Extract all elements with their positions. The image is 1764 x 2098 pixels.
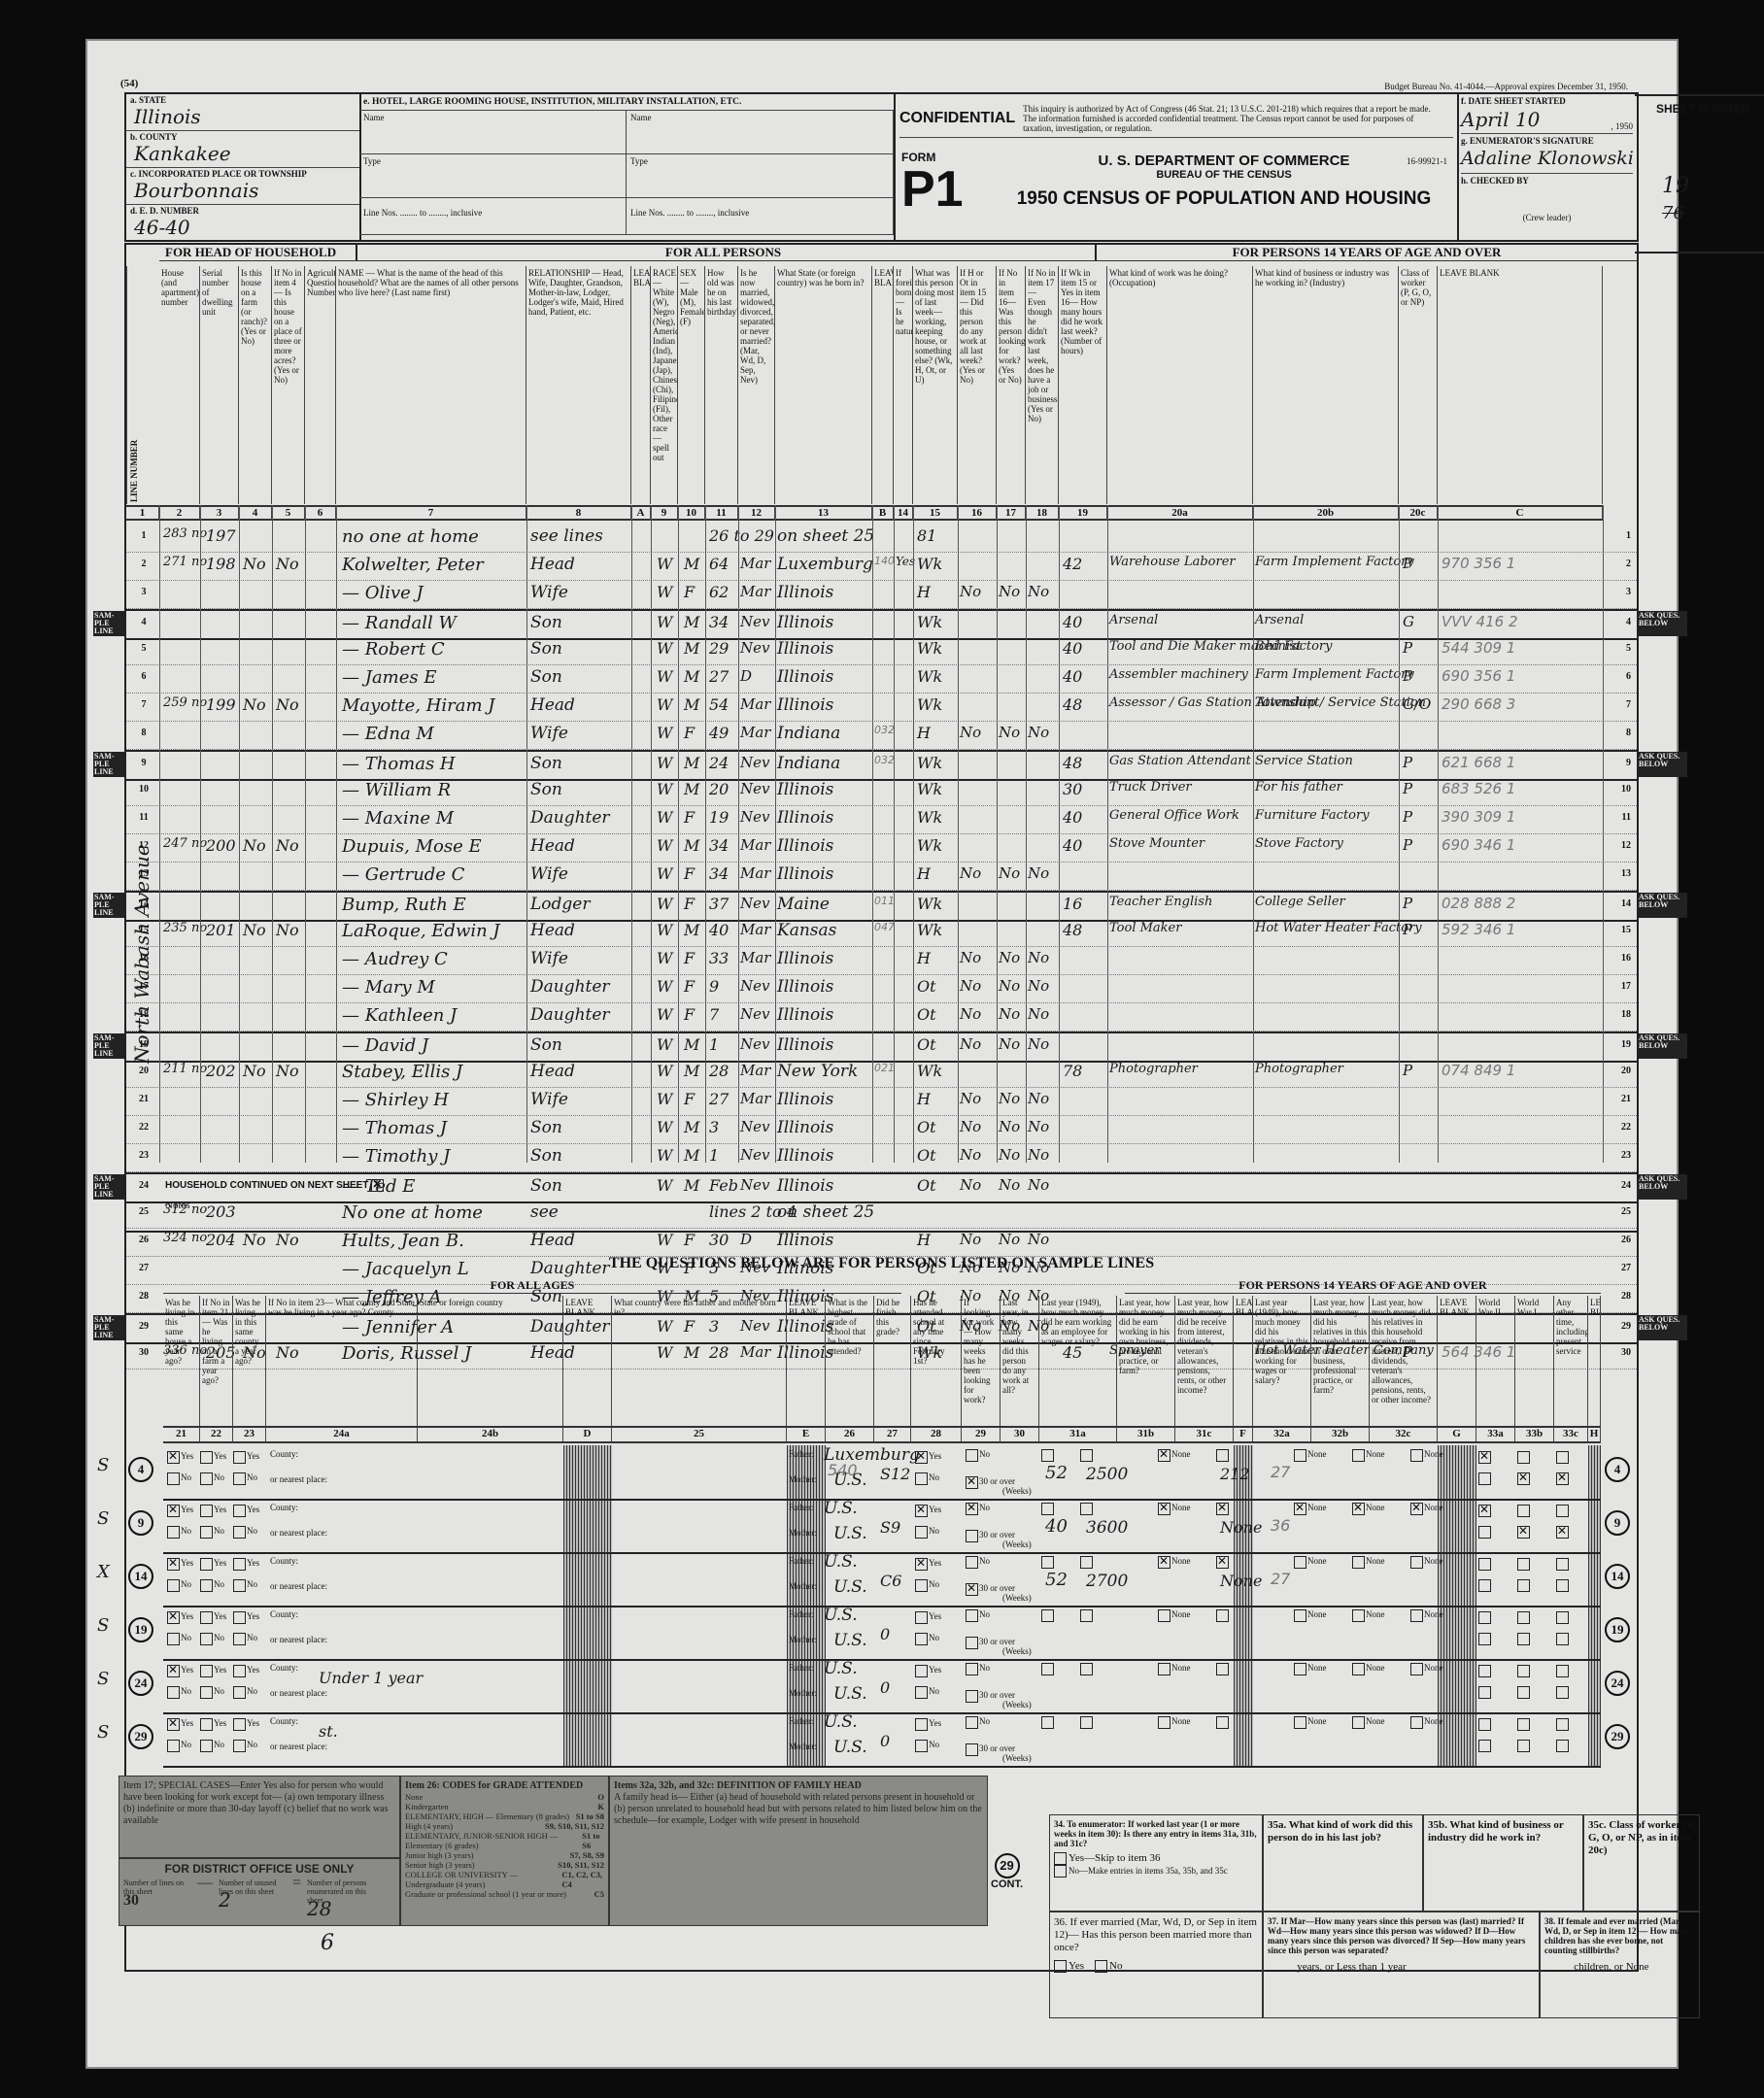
q27-yes-checkbox[interactable] <box>915 1505 928 1517</box>
race: W <box>657 977 672 996</box>
q21-no-checkbox[interactable] <box>167 1686 180 1699</box>
q28-30-checkbox[interactable] <box>966 1476 978 1489</box>
grade-code-label: High (4 years) <box>405 1821 453 1831</box>
looking-for-work: No <box>999 1035 1020 1053</box>
ww2-no-checkbox[interactable] <box>1478 1472 1491 1485</box>
q28-30-checkbox[interactable] <box>966 1530 978 1542</box>
q21-no-checkbox[interactable] <box>167 1472 180 1485</box>
lower-column-number-H: H <box>1588 1426 1601 1443</box>
grid-line <box>651 505 652 1163</box>
q32-none-checkbox[interactable] <box>1410 1716 1423 1729</box>
q31b-none-checkbox[interactable] <box>1158 1609 1170 1622</box>
question-35c: 35c. Class of worker (P, G, O, or NP, as… <box>1583 1814 1700 1912</box>
line-number-right: 14 <box>1621 898 1631 909</box>
relationship: Son <box>530 1118 562 1137</box>
q28-no-checkbox[interactable] <box>966 1503 978 1515</box>
person-name: no one at home <box>342 526 479 547</box>
sample-line-circle: 24 <box>128 1671 153 1696</box>
ww2-no-checkbox[interactable] <box>1478 1579 1491 1592</box>
q30-none-checkbox[interactable] <box>1041 1609 1054 1622</box>
other_svc-no-checkbox[interactable] <box>1556 1579 1569 1592</box>
q36-no-checkbox[interactable] <box>1095 1960 1107 1973</box>
margin-mark: S <box>97 1508 109 1529</box>
q22-no-checkbox[interactable] <box>200 1686 213 1699</box>
sample-line-circle: 9 <box>128 1510 153 1536</box>
q30-none-checkbox[interactable] <box>1041 1716 1054 1729</box>
q27-no-checkbox[interactable] <box>915 1579 928 1592</box>
no-label: No <box>181 1686 191 1696</box>
q30-none-checkbox[interactable] <box>1041 1663 1054 1675</box>
q22-no-checkbox[interactable] <box>200 1740 213 1752</box>
q23-yes-checkbox[interactable] <box>233 1718 246 1731</box>
person-name: Dupuis, Mose E <box>342 836 482 857</box>
other_svc-yes-checkbox[interactable] <box>1556 1718 1569 1731</box>
q27-no-checkbox[interactable] <box>915 1686 928 1699</box>
ww1-no-checkbox[interactable] <box>1517 1526 1530 1539</box>
q31a-none-checkbox[interactable] <box>1080 1716 1093 1729</box>
relationship: Wife <box>530 864 568 884</box>
q31a-none-checkbox[interactable] <box>1080 1449 1093 1462</box>
q22-yes-checkbox[interactable] <box>200 1611 213 1624</box>
weeks-label: (Weeks) <box>1002 1540 1032 1549</box>
ww1-no-checkbox[interactable] <box>1517 1740 1530 1752</box>
q32-none-checkbox[interactable] <box>1352 1503 1365 1515</box>
no-label: No <box>979 1609 990 1619</box>
sample-line-circle-right: 14 <box>1605 1564 1630 1589</box>
q28-30-checkbox[interactable] <box>966 1637 978 1649</box>
ww2-no-checkbox[interactable] <box>1478 1686 1491 1699</box>
household-continued-checkbox[interactable] <box>371 1179 384 1192</box>
q31c-none-checkbox[interactable] <box>1216 1449 1229 1462</box>
q32-none-checkbox[interactable] <box>1294 1449 1306 1462</box>
age: 7 <box>709 1005 719 1024</box>
other_svc-yes-checkbox[interactable] <box>1556 1558 1569 1571</box>
ww1-yes-checkbox[interactable] <box>1517 1665 1530 1677</box>
relationship: Head <box>530 695 575 715</box>
q22-yes-checkbox[interactable] <box>200 1718 213 1731</box>
q27-no-checkbox[interactable] <box>915 1472 928 1485</box>
q21-no-checkbox[interactable] <box>167 1740 180 1752</box>
other_svc-no-checkbox[interactable] <box>1556 1472 1569 1485</box>
did-work: No <box>960 1176 981 1194</box>
activity: Wk <box>917 613 942 631</box>
other_svc-no-checkbox[interactable] <box>1556 1526 1569 1539</box>
q31c-none-checkbox[interactable] <box>1216 1663 1229 1675</box>
q27-yes-checkbox[interactable] <box>915 1718 928 1731</box>
marital-status: Mar <box>740 695 770 713</box>
q28-no-checkbox[interactable] <box>966 1716 978 1729</box>
q21-no-checkbox[interactable] <box>167 1633 180 1645</box>
confidential-label: CONFIDENTIAL <box>899 110 1015 127</box>
q32-none-checkbox[interactable] <box>1410 1556 1423 1569</box>
q23-yes-checkbox[interactable] <box>233 1558 246 1571</box>
class-of-worker: P <box>1403 667 1412 685</box>
birthplace: Illinois <box>777 780 833 799</box>
q28-30-checkbox[interactable] <box>966 1690 978 1703</box>
marital-status: Mar <box>740 1090 770 1107</box>
yes-label: Yes <box>214 1505 226 1514</box>
ww2-yes-checkbox[interactable] <box>1478 1611 1491 1624</box>
relationship: Son <box>530 639 562 659</box>
no-label: No <box>929 1526 939 1536</box>
looking-for-work: No <box>999 583 1020 600</box>
q23-no-checkbox[interactable] <box>233 1740 246 1752</box>
q31b-none-checkbox[interactable] <box>1158 1449 1170 1462</box>
lower-column-number-27: 27 <box>874 1426 911 1443</box>
ww1-no-checkbox[interactable] <box>1517 1579 1530 1592</box>
father-label: Father: <box>789 1663 814 1673</box>
grade-code-label: None <box>405 1792 423 1802</box>
ww2-no-checkbox[interactable] <box>1478 1633 1491 1645</box>
birthplace: Kansas <box>777 921 836 940</box>
other_svc-no-checkbox[interactable] <box>1556 1686 1569 1699</box>
person-name: — Shirley H <box>342 1090 449 1110</box>
q31b-none-checkbox[interactable] <box>1158 1716 1170 1729</box>
column-header-8: RELATIONSHIP — Head, Wife, Daughter, Gra… <box>526 266 631 504</box>
none-label: None <box>1171 1663 1191 1673</box>
q32-none-checkbox[interactable] <box>1294 1716 1306 1729</box>
person-name: Mayotte, Hiram J <box>342 695 495 716</box>
ed-label: d. E. D. NUMBER <box>130 206 199 216</box>
q28-30-checkbox[interactable] <box>966 1743 978 1756</box>
q32-none-checkbox[interactable] <box>1352 1556 1365 1569</box>
other_svc-yes-checkbox[interactable] <box>1556 1611 1569 1624</box>
ww2-no-checkbox[interactable] <box>1478 1526 1491 1539</box>
column-number-C: C <box>1438 505 1603 521</box>
q21-yes-checkbox[interactable] <box>167 1558 180 1571</box>
has-job: No <box>1028 1118 1049 1135</box>
weeks-label: (Weeks) <box>1002 1700 1032 1709</box>
checked-by-label: h. CHECKED BY <box>1457 174 1637 187</box>
grade-code-label: ELEMENTARY, HIGH — Elementary (8 grades) <box>405 1811 569 1821</box>
ww1-yes-checkbox[interactable] <box>1517 1718 1530 1731</box>
q27-yes-checkbox[interactable] <box>915 1558 928 1571</box>
table-row: 77259 no199NoNoMayotte, Hiram JHeadWM54M… <box>126 694 1637 722</box>
no-label: No <box>979 1556 990 1566</box>
q31c-none-checkbox[interactable] <box>1216 1503 1229 1515</box>
q32-none-checkbox[interactable] <box>1410 1663 1423 1675</box>
age: Feb <box>709 1176 738 1195</box>
q22-no-checkbox[interactable] <box>200 1633 213 1645</box>
q22-no-checkbox[interactable] <box>200 1579 213 1592</box>
yes-label: Yes <box>929 1665 941 1675</box>
looking-for-work: No <box>999 1005 1020 1023</box>
mother-birthplace: U.S. <box>833 1738 867 1757</box>
q34-no-checkbox[interactable] <box>1054 1865 1067 1878</box>
grade-code-value: K <box>597 1802 604 1811</box>
margin-mark: S <box>97 1669 109 1689</box>
q27-yes-checkbox[interactable] <box>915 1611 928 1624</box>
sex: M <box>684 754 699 772</box>
q22-yes-checkbox[interactable] <box>200 1505 213 1517</box>
line-number-right: 22 <box>1621 1122 1631 1133</box>
q23-no-checkbox[interactable] <box>233 1686 246 1699</box>
q31b-none-checkbox[interactable] <box>1158 1556 1170 1569</box>
q21-yes-checkbox[interactable] <box>167 1451 180 1464</box>
sample-line-circle: 29 <box>128 1724 153 1749</box>
q32-none-checkbox[interactable] <box>1410 1449 1423 1462</box>
weeks-label: (Weeks) <box>1002 1646 1032 1656</box>
q32-none-checkbox[interactable] <box>1352 1663 1365 1675</box>
birthplace: Indiana <box>777 724 840 743</box>
sheet-header: a. STATE Illinois b. COUNTY Kankakee c. … <box>124 92 1639 242</box>
population-schedule: FOR HEAD OF HOUSEHOLD FOR ALL PERSONS FO… <box>124 243 1639 1233</box>
q28-30-checkbox[interactable] <box>966 1583 978 1596</box>
no-label: No <box>181 1526 191 1536</box>
lower-column-number-25: 25 <box>612 1426 787 1443</box>
q28-no-checkbox[interactable] <box>966 1449 978 1462</box>
table-row: 2020211 no202NoNoStabey, Ellis JHeadWM28… <box>126 1060 1637 1088</box>
county-label: b. COUNTY <box>130 132 178 142</box>
ww1-yes-checkbox[interactable] <box>1517 1611 1530 1624</box>
q22-yes-checkbox[interactable] <box>200 1558 213 1571</box>
birthplace: Maine <box>777 895 830 914</box>
yes-label: Yes <box>181 1451 193 1461</box>
column-header-2: House (and apartment) number <box>159 266 200 504</box>
line-number-right: 5 <box>1626 643 1631 654</box>
q37-tail: _____ years, or Less than 1 year <box>1268 1961 1535 1974</box>
grade-code-row: ELEMENTARY, JUNIOR-SENIOR HIGH — Element… <box>405 1831 604 1850</box>
q23-no-checkbox[interactable] <box>233 1579 246 1592</box>
mother-birthplace: U.S. <box>833 1524 867 1543</box>
q31a-none-checkbox[interactable] <box>1080 1663 1093 1675</box>
industry: Hot Water Heater Factory <box>1255 921 1422 935</box>
grid-line <box>738 505 739 1163</box>
q23-yes-checkbox[interactable] <box>233 1505 246 1517</box>
sample-line-tag: SAM-PLE LINE <box>93 1033 126 1059</box>
weeks-label: (Weeks) <box>1002 1486 1032 1496</box>
lower-column-number-31b: 31b <box>1117 1426 1175 1443</box>
state-field: a. STATE Illinois <box>126 94 359 131</box>
q22-yes-checkbox[interactable] <box>200 1451 213 1464</box>
q21-yes-checkbox[interactable] <box>167 1718 180 1731</box>
sex: M <box>684 1062 699 1080</box>
q31c-none-checkbox[interactable] <box>1216 1556 1229 1569</box>
lower-column-number-22: 22 <box>200 1426 233 1443</box>
question-36: 36. If ever married (Mar, Wd, D, or Sep … <box>1049 1912 1263 2018</box>
other_svc-no-checkbox[interactable] <box>1556 1633 1569 1645</box>
q27-no-checkbox[interactable] <box>915 1526 928 1539</box>
table-row: 11283 no197no one at homesee lines26 to … <box>126 524 1637 553</box>
q28-no-checkbox[interactable] <box>966 1663 978 1675</box>
ww2-yes-checkbox[interactable] <box>1478 1451 1491 1464</box>
form-code: P1 <box>901 164 964 215</box>
q36-yes-checkbox[interactable] <box>1054 1960 1067 1973</box>
table-row: 88— Edna MWifeWF49MarIndiana032HNoNoNo <box>126 722 1637 750</box>
has-job: No <box>1028 583 1049 600</box>
q23-yes-checkbox[interactable] <box>233 1611 246 1624</box>
hours-worked: 48 <box>1063 695 1082 714</box>
line-number-right: 6 <box>1626 671 1631 682</box>
code-b: 140 <box>874 555 895 567</box>
marital-status: Nev <box>740 613 769 630</box>
ww1-no-checkbox[interactable] <box>1517 1472 1530 1485</box>
race: W <box>657 695 672 714</box>
q31b-none-checkbox[interactable] <box>1158 1503 1170 1515</box>
q31a-none-checkbox[interactable] <box>1080 1503 1093 1515</box>
q30-none-checkbox[interactable] <box>1041 1449 1054 1462</box>
q27-no-checkbox[interactable] <box>915 1633 928 1645</box>
q30-none-checkbox[interactable] <box>1041 1556 1054 1569</box>
grade-code-value: S9, S10, S11, S12 <box>545 1821 604 1831</box>
yes-label: Yes <box>214 1611 226 1621</box>
q21-no-checkbox[interactable] <box>167 1579 180 1592</box>
yes-label: Yes <box>247 1505 259 1514</box>
district-office-box: FOR DISTRICT OFFICE USE ONLY Number of l… <box>119 1858 400 1926</box>
column-number-1: 1 <box>126 505 159 521</box>
ww1-yes-checkbox[interactable] <box>1517 1505 1530 1517</box>
q38-text: 38. If female and ever married (Mar, Wd,… <box>1544 1916 1695 1955</box>
other_svc-yes-checkbox[interactable] <box>1556 1665 1569 1677</box>
q32-none-checkbox[interactable] <box>1352 1716 1365 1729</box>
activity: Ot <box>917 1005 936 1024</box>
special-cases-box: Item 17; SPECIAL CASES—Enter Yes also fo… <box>119 1776 400 1858</box>
county-label: County: <box>270 1503 298 1512</box>
family-head-text: A family head is— Either (a) head of hou… <box>614 1792 983 1827</box>
no-label: No <box>929 1472 939 1482</box>
column-number-20c: 20c <box>1399 505 1438 521</box>
lower-column-number-33b: 33b <box>1515 1426 1554 1443</box>
q31a-none-checkbox[interactable] <box>1080 1556 1093 1569</box>
q23-no-checkbox[interactable] <box>233 1633 246 1645</box>
marital-status: Mar <box>740 836 770 854</box>
q31b-none-checkbox[interactable] <box>1158 1663 1170 1675</box>
q23-no-checkbox[interactable] <box>233 1526 246 1539</box>
q21-yes-checkbox[interactable] <box>167 1505 180 1517</box>
person-name: — James E <box>342 667 437 688</box>
code-b: 032 <box>874 754 895 766</box>
ww2-yes-checkbox[interactable] <box>1478 1665 1491 1677</box>
race: W <box>657 1176 672 1195</box>
q31c-none-checkbox[interactable] <box>1216 1716 1229 1729</box>
sex: F <box>684 895 695 913</box>
column-header-19: If Wk in item 15 or Yes in item 16— How … <box>1059 266 1107 504</box>
lower-column-number-F: F <box>1234 1426 1253 1443</box>
lower-column-header-33b: World War I <box>1515 1296 1554 1426</box>
thirty-or-over-label: 30 or over <box>979 1743 1015 1753</box>
q30-none-checkbox[interactable] <box>1041 1503 1054 1515</box>
none-label: None <box>1366 1503 1385 1512</box>
q31a-none-checkbox[interactable] <box>1080 1609 1093 1622</box>
race: W <box>657 1146 672 1165</box>
q23-yes-checkbox[interactable] <box>233 1451 246 1464</box>
ww1-no-checkbox[interactable] <box>1517 1686 1530 1699</box>
activity: H <box>917 724 931 742</box>
serial-number: 198 <box>206 555 236 573</box>
lower-column-header-H: LEAVE BLANK <box>1588 1296 1601 1426</box>
other_svc-yes-checkbox[interactable] <box>1556 1505 1569 1517</box>
grid-line <box>872 505 873 1163</box>
no-label: No <box>181 1740 191 1749</box>
q32-none-checkbox[interactable] <box>1410 1503 1423 1515</box>
q21-yes-checkbox[interactable] <box>167 1611 180 1624</box>
other_svc-yes-checkbox[interactable] <box>1556 1451 1569 1464</box>
no-label: No <box>929 1579 939 1589</box>
q22-no-checkbox[interactable] <box>200 1472 213 1485</box>
column-header-C: LEAVE BLANK <box>1438 266 1603 504</box>
line-number-right: 25 <box>1621 1206 1631 1217</box>
q28-no-checkbox[interactable] <box>966 1609 978 1622</box>
q28-no-checkbox[interactable] <box>966 1556 978 1569</box>
grid-line <box>305 505 306 1163</box>
question-37: 37. If Mar—How many years since this per… <box>1263 1912 1540 2018</box>
q32-none-checkbox[interactable] <box>1294 1609 1306 1622</box>
yes-label: Yes <box>214 1558 226 1568</box>
ww1-yes-checkbox[interactable] <box>1517 1558 1530 1571</box>
question-35a: 35a. What kind of work did this person d… <box>1263 1814 1423 1912</box>
looking-for-work: No <box>999 977 1020 995</box>
table-row: 33— Olive JWifeWF62MarIllinoisHNoNoNo <box>126 581 1637 609</box>
mother-birthplace: U.S. <box>833 1684 867 1704</box>
q27-yes-checkbox[interactable] <box>915 1451 928 1464</box>
looking-for-work: No <box>999 1146 1020 1164</box>
sex: M <box>684 921 699 939</box>
grade-code-row: Graduate or professional school (1 year … <box>405 1889 604 1899</box>
q21-yes-checkbox[interactable] <box>167 1665 180 1677</box>
q21-no-checkbox[interactable] <box>167 1526 180 1539</box>
column-header-11: How old was he on his last birthday? <box>705 266 738 504</box>
grade-code-label: ELEMENTARY, JUNIOR-SENIOR HIGH — Element… <box>405 1831 582 1850</box>
q32-none-checkbox[interactable] <box>1410 1609 1423 1622</box>
grid-line <box>1059 505 1060 1163</box>
no-label: No <box>247 1740 257 1749</box>
page-number: (54) <box>120 78 138 89</box>
person-name: No one at home <box>342 1202 483 1223</box>
grade-code-value: S7, S8, S9 <box>570 1850 604 1860</box>
sex: M <box>684 667 699 686</box>
family-head-title: Items 32a, 32b, and 32c: DEFINITION OF F… <box>614 1780 983 1792</box>
q22-no-checkbox[interactable] <box>200 1526 213 1539</box>
q23-yes-checkbox[interactable] <box>233 1665 246 1677</box>
ww1-yes-checkbox[interactable] <box>1517 1451 1530 1464</box>
column-header-20c: Class of worker (P, G, O, or NP) <box>1399 266 1438 504</box>
lower-column-number-32a: 32a <box>1253 1426 1311 1443</box>
ww1-no-checkbox[interactable] <box>1517 1633 1530 1645</box>
q32-none-checkbox[interactable] <box>1294 1663 1306 1675</box>
ww2-yes-checkbox[interactable] <box>1478 1558 1491 1571</box>
race: W <box>657 808 672 827</box>
q31c-none-checkbox[interactable] <box>1216 1609 1229 1622</box>
ww2-no-checkbox[interactable] <box>1478 1740 1491 1752</box>
code-c: 592 346 1 <box>1442 921 1515 938</box>
q34-yes-checkbox[interactable] <box>1054 1852 1067 1865</box>
person-name: — Kathleen J <box>342 1005 457 1026</box>
q23-no-checkbox[interactable] <box>233 1472 246 1485</box>
other_svc-no-checkbox[interactable] <box>1556 1740 1569 1752</box>
age: 19 <box>709 808 729 827</box>
grade-attended: C6 <box>880 1572 901 1590</box>
lower-column-header-G: LEAVE BLANK <box>1438 1296 1476 1426</box>
q32-none-checkbox[interactable] <box>1352 1449 1365 1462</box>
q32-none-checkbox[interactable] <box>1294 1556 1306 1569</box>
q22-yes-checkbox[interactable] <box>200 1665 213 1677</box>
q27-no-checkbox[interactable] <box>915 1740 928 1752</box>
q32-none-checkbox[interactable] <box>1294 1503 1306 1515</box>
birthplace: Illinois <box>777 808 833 828</box>
q32-none-checkbox[interactable] <box>1352 1609 1365 1622</box>
q27-yes-checkbox[interactable] <box>915 1665 928 1677</box>
grade-attended: S12 <box>880 1465 910 1483</box>
has-job: No <box>1028 1035 1049 1053</box>
column-number-16: 16 <box>958 505 997 521</box>
county-label: County: <box>270 1716 298 1726</box>
grade-code-value: S10, S11, S12 <box>558 1860 604 1870</box>
table-row: 1818— Kathleen JDaughterWF7NevIllinoisOt… <box>126 1003 1637 1032</box>
column-number-A: A <box>631 505 651 521</box>
ww2-yes-checkbox[interactable] <box>1478 1718 1491 1731</box>
ww2-yes-checkbox[interactable] <box>1478 1505 1491 1517</box>
code-f: 27 <box>1271 1570 1290 1588</box>
